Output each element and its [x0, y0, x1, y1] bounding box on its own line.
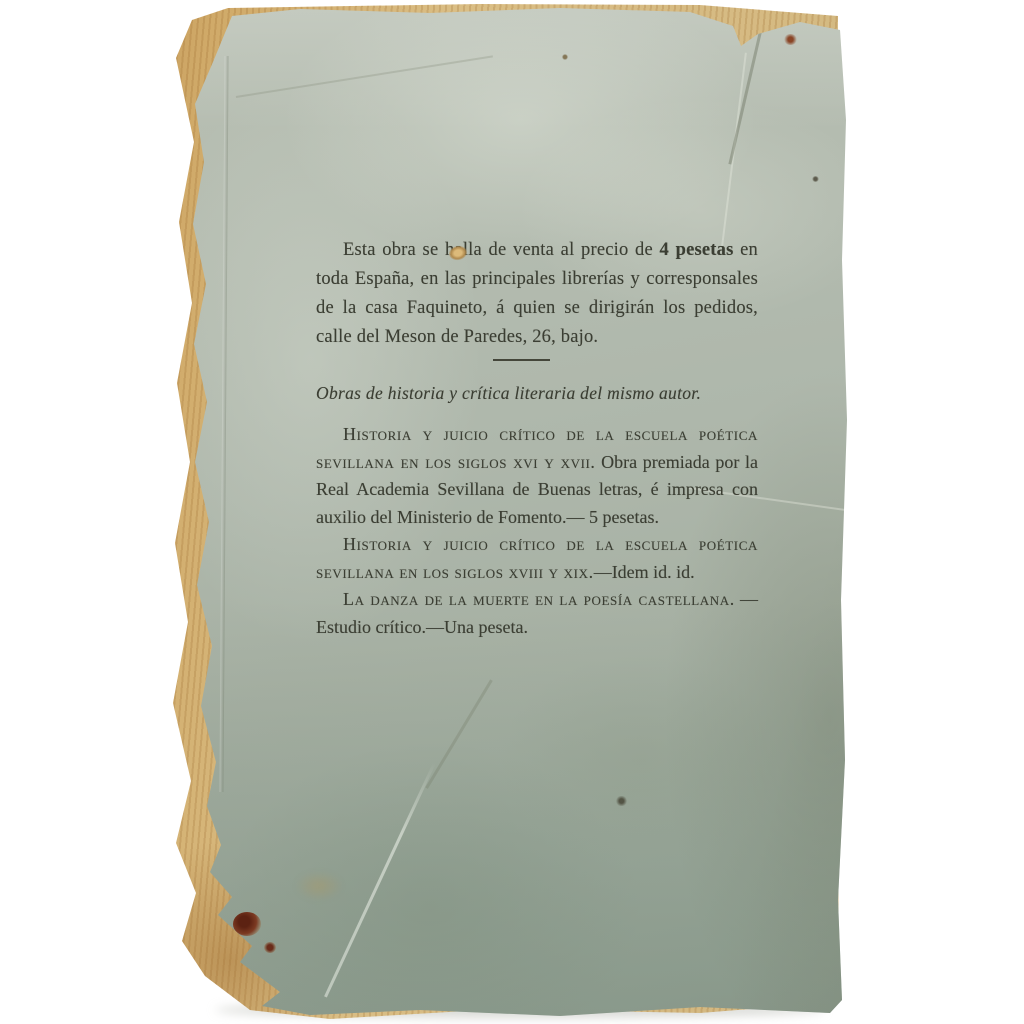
book-back-cover: Esta obra se halla de venta al precio de…	[0, 0, 1024, 1024]
stain-spot	[233, 912, 261, 936]
stain-spot	[616, 796, 627, 806]
photo-background: Esta obra se halla de venta al precio de…	[0, 0, 1024, 1024]
work-item: Historia y juicio crítico de la escuela …	[316, 421, 758, 531]
crease-line	[324, 762, 436, 997]
stain-spot	[296, 872, 342, 900]
works-heading: Obras de historia y crítica literaria de…	[316, 382, 758, 404]
work-title: La danza de la muerte en la poesía caste…	[343, 589, 735, 609]
crease-line	[236, 55, 493, 98]
stain-spot	[264, 942, 276, 953]
crease-line	[219, 56, 228, 792]
work-detail: —Idem id. id.	[594, 562, 695, 582]
work-item: Historia y juicio crítico de la escuela …	[316, 531, 758, 586]
stain-spot	[562, 54, 568, 60]
stain-spot	[812, 176, 819, 182]
crease-line	[425, 679, 492, 788]
work-item: La danza de la muerte en la poesía caste…	[316, 586, 758, 641]
printed-text-block: Esta obra se halla de venta al precio de…	[316, 236, 758, 641]
stain-spot	[784, 34, 797, 45]
sale-notice: Esta obra se halla de venta al precio de…	[316, 236, 758, 352]
divider-rule	[493, 359, 550, 361]
price-bold: 4 pesetas	[660, 240, 734, 260]
sale-notice-text: Esta obra se halla de venta al precio de	[343, 240, 660, 260]
